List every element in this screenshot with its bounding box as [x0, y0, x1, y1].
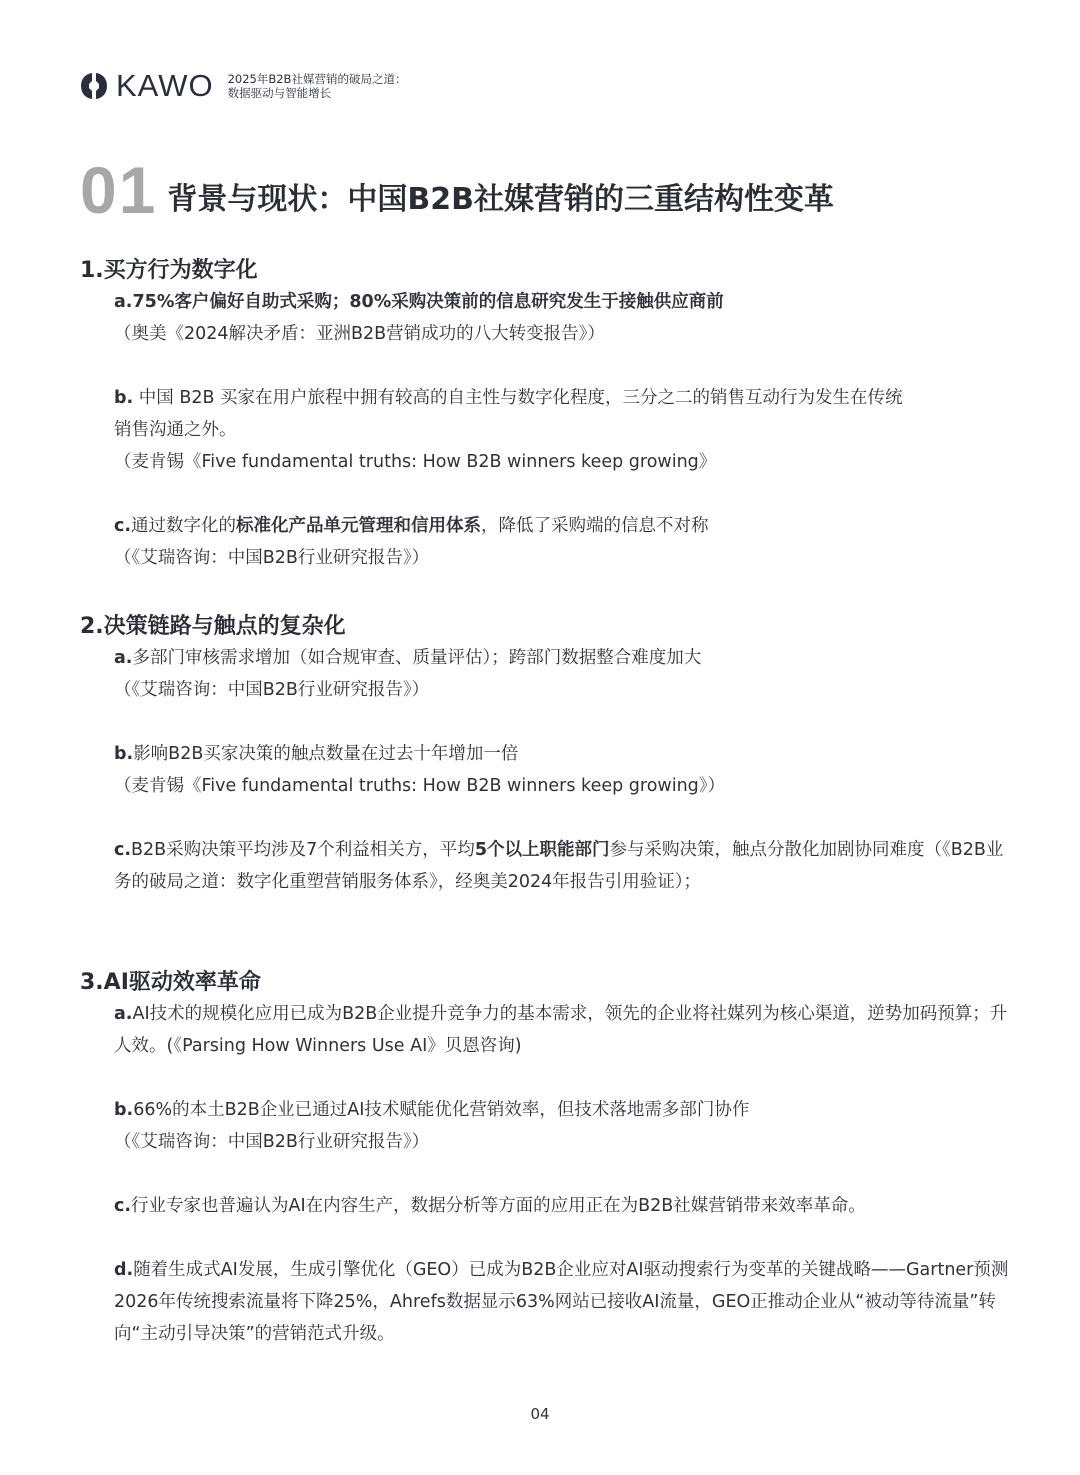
brand-name: KAWO [116, 68, 214, 104]
citation: （麦肯锡《Five fundamental truths: How B2B wi… [114, 770, 1020, 802]
list-item: b.66%的本土B2B企业已通过AI技术赋能优化营销效率，但技术落地需多部门协作 [114, 1094, 1020, 1126]
chapter-number: 01 [80, 160, 157, 220]
kawo-logo-icon [80, 71, 108, 101]
citation: （《艾瑞咨询：中国B2B行业研究报告》） [114, 542, 1020, 574]
chapter-heading: 背景与现状：中国B2B社媒营销的三重结构性变革 [167, 182, 834, 220]
section-heading: 3.AI驱动效率革命 [80, 968, 1020, 998]
report-subtitle-line2: 数据驱动与智能增长 [228, 86, 407, 100]
section-decision-complexity: 2.决策链路与触点的复杂化 a.多部门审核需求增加（如合规审查、质量评估）；跨部… [80, 612, 1020, 898]
list-item: b. 中国 B2B 买家在用户旅程中拥有较高的自主性与数字化程度，三分之二的销售… [114, 382, 910, 446]
citation: （《艾瑞咨询：中国B2B行业研究报告》） [114, 1126, 1020, 1158]
list-item: c.行业专家也普遍认为AI在内容生产，数据分析等方面的应用正在为B2B社媒营销带… [114, 1190, 1020, 1222]
list-item: c.B2B采购决策平均涉及7个利益相关方，平均5个以上职能部门参与采购决策，触点… [114, 834, 1020, 898]
list-item: b.影响B2B买家决策的触点数量在过去十年增加一倍 [114, 738, 1020, 770]
page-header: KAWO 2025年B2B社媒营销的破局之道： 数据驱动与智能增长 [80, 68, 406, 104]
list-item: c.通过数字化的标准化产品单元管理和信用体系，降低了采购端的信息不对称 [114, 510, 1020, 542]
list-item: a.75%客户偏好自助式采购；80%采购决策前的信息研究发生于接触供应商前 [114, 286, 1020, 318]
brand-logo: KAWO [80, 68, 214, 104]
citation: （《艾瑞咨询：中国B2B行业研究报告》） [114, 674, 1020, 706]
report-subtitle: 2025年B2B社媒营销的破局之道： 数据驱动与智能增长 [228, 72, 407, 100]
section-heading: 1.买方行为数字化 [80, 256, 1020, 286]
section-ai-efficiency: 3.AI驱动效率革命 a.AI技术的规模化应用已成为B2B企业提升竞争力的基本需… [80, 968, 1020, 1350]
list-item: d.随着生成式AI发展，生成引擎优化（GEO）已成为B2B企业应对AI驱动搜索行… [114, 1254, 1020, 1350]
citation: （麦肯锡《Five fundamental truths: How B2B wi… [114, 446, 1020, 478]
list-item: a.AI技术的规模化应用已成为B2B企业提升竞争力的基本需求，领先的企业将社媒列… [114, 998, 1020, 1062]
report-subtitle-line1: 2025年B2B社媒营销的破局之道： [228, 72, 407, 86]
page-number: 04 [0, 1405, 1080, 1423]
list-item: a.多部门审核需求增加（如合规审查、质量评估）；跨部门数据整合难度加大 [114, 642, 1020, 674]
section-buyer-digitalization: 1.买方行为数字化 a.75%客户偏好自助式采购；80%采购决策前的信息研究发生… [80, 256, 1020, 574]
section-heading: 2.决策链路与触点的复杂化 [80, 612, 1020, 642]
chapter-title: 01 背景与现状：中国B2B社媒营销的三重结构性变革 [80, 160, 834, 220]
citation: （奥美《2024解决矛盾：亚洲B2B营销成功的八大转变报告》） [114, 318, 1020, 350]
